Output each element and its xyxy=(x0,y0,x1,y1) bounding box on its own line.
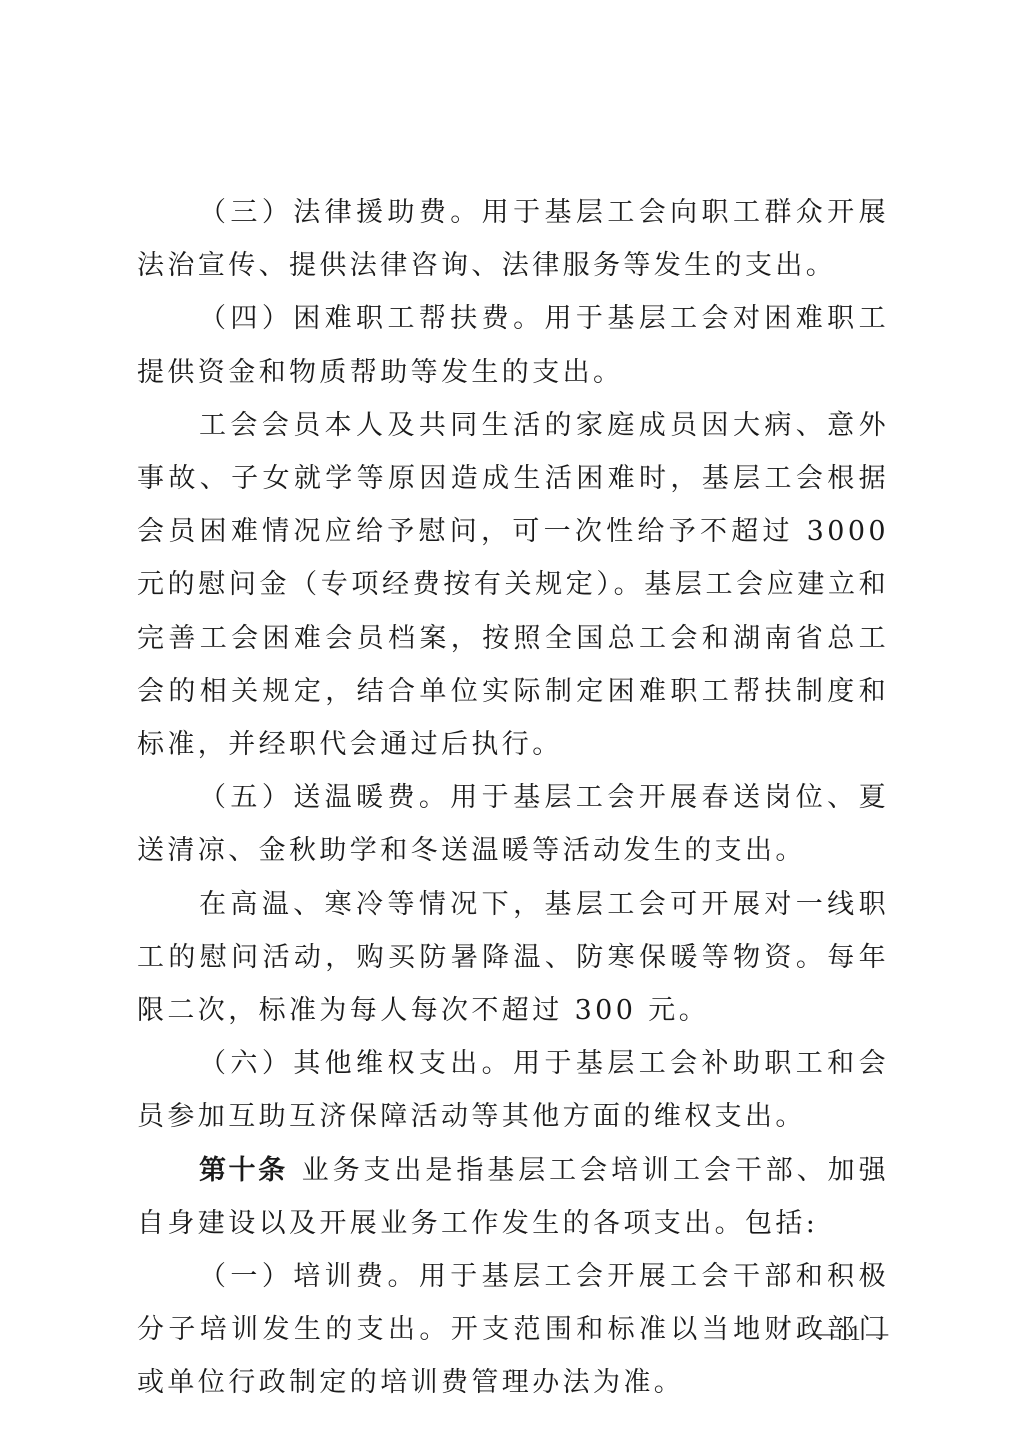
paragraph-hardship-aid-fee: （四）困难职工帮扶费。用于基层工会对困难职工提供资金和物质帮助等发生的支出。 xyxy=(137,292,889,398)
paragraph-warmth-fee: （五）送温暖费。用于基层工会开展春送岗位、夏送清凉、金秋助学和冬送温暖等活动发生… xyxy=(137,771,889,877)
paragraph-article-10: 第十条业务支出是指基层工会培训工会干部、加强自身建设以及开展业务工作发生的各项支… xyxy=(137,1144,889,1250)
document-page: （三）法律援助费。用于基层工会向职工群众开展法治宣传、提供法律咨询、法律服务等发… xyxy=(137,186,889,1410)
paragraph-warmth-detail: 在高温、寒冷等情况下，基层工会可开展对一线职工的慰问活动，购买防暑降温、防寒保暖… xyxy=(137,878,889,1038)
paragraph-hardship-detail: 工会会员本人及共同生活的家庭成员因大病、意外事故、子女就学等原因造成生活困难时，… xyxy=(137,399,889,771)
paragraph-legal-aid-fee: （三）法律援助费。用于基层工会向职工群众开展法治宣传、提供法律咨询、法律服务等发… xyxy=(137,186,889,292)
paragraph-training-fee: （一）培训费。用于基层工会开展工会干部和积极分子培训发生的支出。开支范围和标准以… xyxy=(137,1250,889,1410)
page-number: — 11 — xyxy=(800,1320,900,1346)
article-number: 第十条 xyxy=(199,1155,288,1186)
paragraph-other-rights-expense: （六）其他维权支出。用于基层工会补助职工和会员参加互助互济保障活动等其他方面的维… xyxy=(137,1037,889,1143)
